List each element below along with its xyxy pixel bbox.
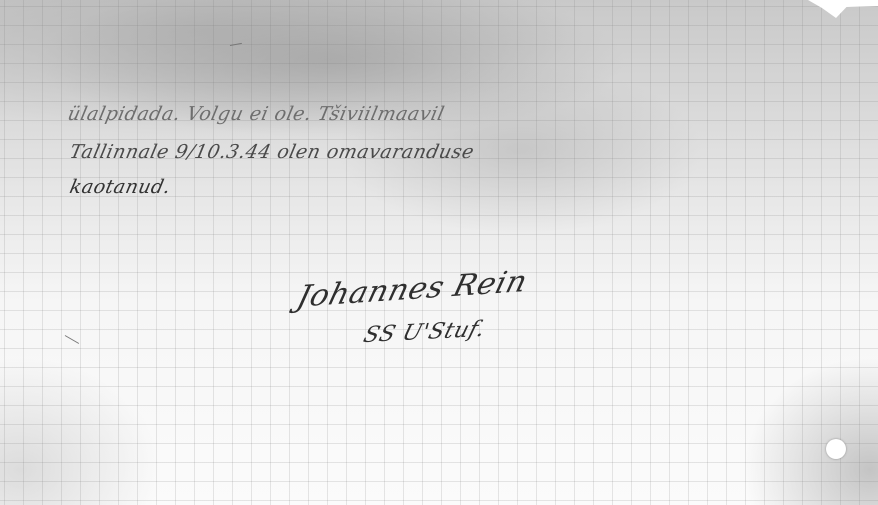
body-line-2: Tallinnale 9/10.3.44 olen omavarandusе bbox=[68, 141, 477, 163]
graph-paper-grid bbox=[0, 0, 878, 505]
document-page: ülalpidada. Volgu ei ole. Tšiviilmaavil … bbox=[0, 0, 878, 505]
punch-hole bbox=[826, 439, 846, 459]
body-line-1: ülalpidada. Volgu ei ole. Tšiviilmaavil bbox=[66, 103, 447, 125]
body-line-3: kaotanud. bbox=[68, 176, 173, 198]
